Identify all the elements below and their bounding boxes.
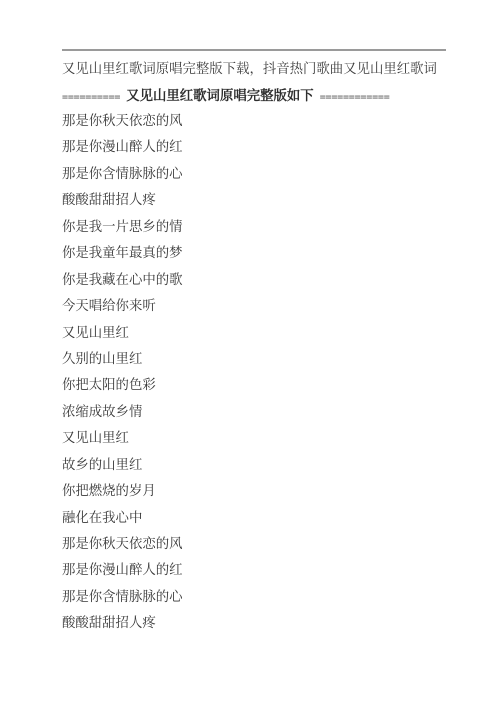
lyric-line: 那是你漫山醉人的红 bbox=[62, 561, 183, 587]
lyric-line: 酸酸甜甜招人疼 bbox=[62, 614, 183, 640]
lyric-line: 又见山里红 bbox=[62, 429, 183, 455]
section-divider: ==========又见山里红歌词原唱完整版如下============ bbox=[62, 86, 390, 108]
divider-left-marks: ========== bbox=[62, 92, 120, 103]
lyric-line: 今天唱给你来听 bbox=[62, 297, 183, 323]
lyric-line: 那是你漫山醉人的红 bbox=[62, 138, 183, 164]
lyric-line: 酸酸甜甜招人疼 bbox=[62, 191, 183, 217]
lyric-line: 那是你秋天依恋的风 bbox=[62, 535, 183, 561]
lyric-line: 故乡的山里红 bbox=[62, 456, 183, 482]
section-heading: 又见山里红歌词原唱完整版如下 bbox=[126, 88, 313, 104]
lyric-line: 那是你含情脉脉的心 bbox=[62, 588, 183, 614]
lyric-line: 你是我一片思乡的情 bbox=[62, 218, 183, 244]
top-horizontal-rule bbox=[62, 49, 446, 51]
lyric-line: 你把燃烧的岁月 bbox=[62, 482, 183, 508]
lyric-line: 那是你秋天依恋的风 bbox=[62, 112, 183, 138]
lyric-line: 融化在我心中 bbox=[62, 509, 183, 535]
document-title-line: 又见山里红歌词原唱完整版下载，抖音热门歌曲又见山里红歌词 bbox=[62, 60, 462, 80]
lyric-line: 又见山里红 bbox=[62, 324, 183, 350]
divider-right-marks: ============ bbox=[320, 92, 390, 103]
lyrics-list: 那是你秋天依恋的风 那是你漫山醉人的红 那是你含情脉脉的心 酸酸甜甜招人疼 你是… bbox=[62, 112, 183, 641]
lyric-line: 久别的山里红 bbox=[62, 350, 183, 376]
lyric-line: 那是你含情脉脉的心 bbox=[62, 165, 183, 191]
lyric-line: 浓缩成故乡情 bbox=[62, 403, 183, 429]
lyric-line: 你是我藏在心中的歌 bbox=[62, 271, 183, 297]
document-page: 又见山里红歌词原唱完整版下载，抖音热门歌曲又见山里红歌词 ==========又… bbox=[0, 0, 500, 707]
lyric-line: 你是我童年最真的梦 bbox=[62, 244, 183, 270]
lyric-line: 你把太阳的色彩 bbox=[62, 376, 183, 402]
